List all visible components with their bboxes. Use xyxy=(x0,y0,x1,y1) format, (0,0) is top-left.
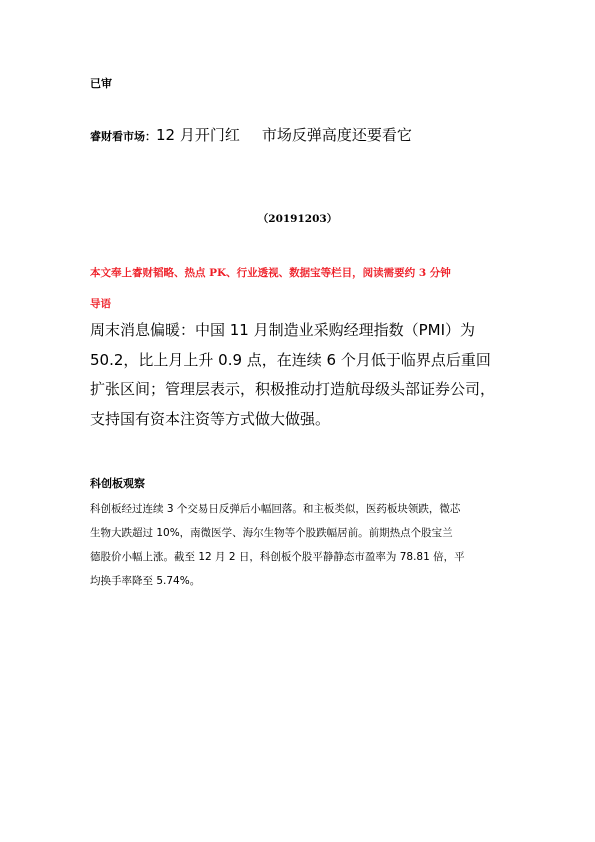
lead-label: 导语 xyxy=(90,296,111,311)
lead-line: 周末消息偏暖：中国 11 月制造业采购经理指数（PMI）为 xyxy=(90,316,510,346)
section-line: 均换手率降至 5.74%。 xyxy=(90,569,510,593)
section-body: 科创板经过连续 3 个交易日反弹后小幅回落。和主板类似，医药板块领跌，微芯 生物… xyxy=(90,497,510,593)
title-part-1: 12 月开门红 xyxy=(156,126,240,144)
lead-line: 50.2，比上月上升 0.9 点，在连续 6 个月低于临界点后重回 xyxy=(90,346,510,376)
section-line: 科创板经过连续 3 个交易日反弹后小幅回落。和主板类似，医药板块领跌，微芯 xyxy=(90,497,510,521)
reading-notice: 本文奉上睿财韬略、热点 PK、行业透视、数据宝等栏目，阅读需要约 3 分钟 xyxy=(90,265,451,280)
section-line: 德股价小幅上涨。截至 12 月 2 日，科创板个股平静静态市盈率为 78.81 … xyxy=(90,545,510,569)
review-status: 已审 xyxy=(90,75,112,91)
lead-line: 支持国有资本注资等方式做大做强。 xyxy=(90,405,510,435)
document-title: 睿财看市场：12 月开门红市场反弹高度还要看它 xyxy=(90,124,412,145)
document-date: （20191203） xyxy=(0,211,595,226)
title-prefix: 睿财看市场： xyxy=(90,130,156,143)
section-line: 生物大跌超过 10%，南微医学、海尔生物等个股跌幅居前。前期热点个股宝兰 xyxy=(90,521,510,545)
section-title: 科创板观察 xyxy=(90,475,145,491)
lead-line: 扩张区间；管理层表示，积极推动打造航母级头部证券公司， xyxy=(90,375,510,405)
title-part-2: 市场反弹高度还要看它 xyxy=(262,126,412,144)
lead-paragraph: 周末消息偏暖：中国 11 月制造业采购经理指数（PMI）为 50.2，比上月上升… xyxy=(90,316,510,434)
